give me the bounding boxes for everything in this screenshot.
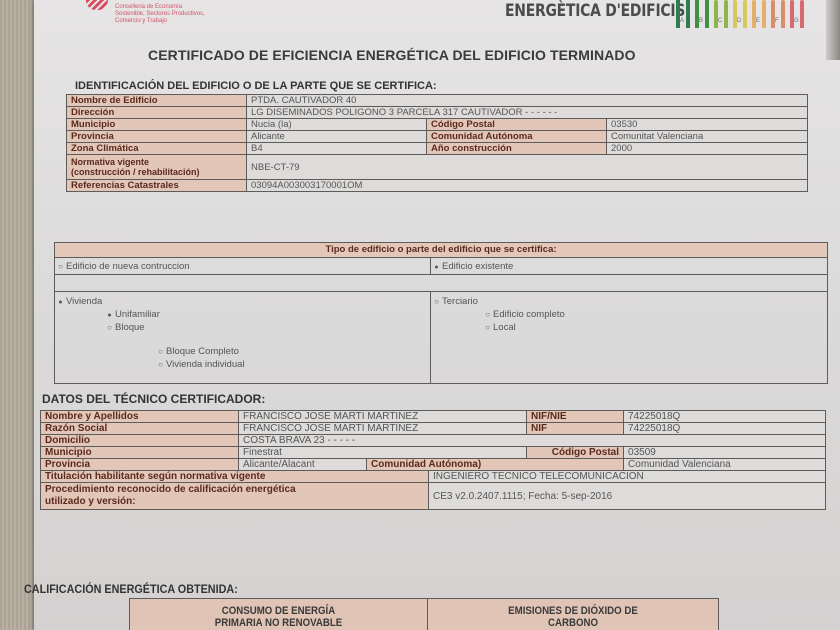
field-label: Año construcción [427,143,607,155]
divider [430,258,431,274]
option-vivienda[interactable]: ●Vivienda [58,296,102,308]
field-label: Nombre y Apellidos [41,411,239,423]
option-terciario[interactable]: ○Terciario [434,296,478,307]
field-label: Domicilio [41,435,239,447]
option-bloque[interactable]: ○Bloque [107,322,145,333]
blank-row [55,275,827,292]
table-row: Municipio Nucia (la) Código Postal 03530 [67,119,808,131]
co2-emissions-header: EMISIONES DE DIÓXIDO DE CARBONO [445,599,700,630]
identificacion-section-title: IDENTIFICACIÓN DEL EDIFICIO O DE LA PART… [75,80,437,92]
tecnico-section-title: DATOS DEL TÉCNICO CERTIFICADOR: [42,392,265,406]
certifier-table: Nombre y Apellidos FRANCISCO JOSE MARTI … [40,410,826,510]
construction-year-value: 2000 [607,143,808,155]
field-label: Provincia [41,459,239,471]
table-row: Titulación habilitante según normativa v… [41,471,826,483]
table-row: Zona Climática B4 Año construcción 2000 [67,143,808,155]
municipality-value: Nucia (la) [247,119,427,131]
rating-bar-g: G [790,0,794,28]
field-label: Procedimiento reconocido de calificación… [41,483,429,510]
radio-icon: ○ [158,359,163,370]
radio-icon: ○ [485,309,490,320]
calificacion-section-title: CALIFICACIÓN ENERGÉTICA OBTENIDA: [24,582,238,596]
procedure-value: CE3 v2.0.2407.1115; Fecha: 5-sep-2016 [429,483,826,510]
rating-bar-e: E [752,0,756,28]
radio-icon: ○ [107,322,112,333]
option-bloque-completo[interactable]: ○Bloque Completo [158,346,239,357]
autonomous-community-value: Comunidad Valenciana [624,459,826,471]
field-label: NIF [527,423,624,435]
radio-icon: ● [107,310,112,321]
option-nueva-construccion[interactable]: ○Edificio de nueva contruccion [58,261,190,272]
table-row: Normativa vigente (construcción / rehabi… [67,155,808,180]
rating-table: CONSUMO DE ENERGÍA PRIMARIA NO RENOVABLE… [129,598,719,630]
energy-rating-scale-icon: ABCDEFG [676,0,826,30]
postal-code-value: 03509 [624,447,826,459]
radio-icon: ● [434,262,439,273]
field-label: Código Postal [527,447,624,459]
field-label: Razón Social [41,423,239,435]
building-identification-table: Nombre de Edificio PTDA. CAUTIVADOR 40 D… [66,94,808,192]
building-name-value: PTDA. CAUTIVADOR 40 [247,95,808,107]
radio-icon: ○ [485,322,490,333]
primary-energy-header: CONSUMO DE ENERGÍA PRIMARIA NO RENOVABLE [148,599,409,630]
rating-bar-f: F [771,0,775,28]
table-row: Domicilio COSTA BRAVA 23 - - - - - [41,435,826,447]
field-label: Comunidad Autónoma [427,131,607,143]
brand-title: ENERGÈTICA D'EDIFICIS [505,1,685,21]
field-label: Referencias Catastrales [67,180,247,192]
option-local[interactable]: ○Local [485,322,516,333]
postal-code-value: 03530 [607,119,808,131]
agency-name: Conselleria de Economía Sostenible, Sect… [115,4,205,25]
field-label: Normativa vigente (construcción / rehabi… [67,155,247,180]
option-vivienda-individual[interactable]: ○Vivienda individual [158,359,245,370]
field-label: Zona Climática [67,143,247,155]
regulation-value: NBE-CT-79 [247,155,808,180]
table-row: Municipio Finestrat Código Postal 03509 [41,447,826,459]
building-type-header: Tipo de edificio o parte del edificio qu… [55,243,827,258]
autonomous-community-value: Comunitat Valenciana [607,131,808,143]
field-label: Municipio [41,447,239,459]
province-value: Alicante/Alacant [239,459,367,471]
nif-nie-value: 74225018Q [624,411,826,423]
field-label: Nombre de Edificio [67,95,247,107]
table-row: Nombre y Apellidos FRANCISCO JOSE MARTI … [41,411,826,423]
radio-icon: ● [58,297,63,308]
paper-edge-shadow [826,0,840,60]
building-type-box: Tipo de edificio o parte del edificio qu… [54,242,828,384]
rating-bar-c: C [714,0,718,28]
field-label: Código Postal [427,119,607,131]
company-name-value: FRANCISCO JOSE MARTI MARTINEZ [239,423,527,435]
climate-zone-value: B4 [247,143,427,155]
table-row: Procedimiento reconocido de calificación… [41,483,826,510]
address-value: COSTA BRAVA 23 - - - - - [239,435,826,447]
municipality-value: Finestrat [239,447,527,459]
table-row: Dirección LG DISEMINADOS POLIGONO 3 PARC… [67,107,808,119]
province-value: Alicante [247,131,427,143]
field-label: Titulación habilitante según normativa v… [41,471,429,483]
divider [427,599,428,630]
field-label: NIF/NIE [527,411,624,423]
rating-bar-b: B [695,0,699,28]
table-row: Razón Social FRANCISCO JOSE MARTI MARTIN… [41,423,826,435]
table-row: Provincia Alicante Comunidad Autónoma Co… [67,131,808,143]
table-row: Provincia Alicante/Alacant Comunidad Aut… [41,459,826,471]
technician-name-value: FRANCISCO JOSE MARTI MARTINEZ [239,411,527,423]
field-label: Provincia [67,131,247,143]
rating-bar-a: A [676,0,680,28]
address-value: LG DISEMINADOS POLIGONO 3 PARCELA 317 CA… [247,107,808,119]
divider [430,292,431,383]
qualification-value: INGENIERO TECNICO TELECOMUNICACION [429,471,826,483]
field-label: Municipio [67,119,247,131]
option-unifamiliar[interactable]: ●Unifamiliar [107,309,160,321]
page-title: CERTIFICADO DE EFICIENCIA ENERGÉTICA DEL… [148,47,636,63]
cadastral-reference-value: 03094A003003170001OM [247,180,808,192]
nif-value: 74225018Q [624,423,826,435]
radio-icon: ○ [158,346,163,357]
field-label: Dirección [67,107,247,119]
option-edificio-completo[interactable]: ○Edificio completo [485,309,565,320]
table-row: Referencias Catastrales 03094A0030031700… [67,180,808,192]
radio-icon: ○ [58,261,63,272]
option-edificio-existente[interactable]: ●Edificio existente [434,261,513,273]
radio-icon: ○ [434,296,439,307]
table-row: Nombre de Edificio PTDA. CAUTIVADOR 40 [67,95,808,107]
rating-bar-d: D [733,0,737,28]
field-label: Comunidad Autónoma) [367,459,624,471]
